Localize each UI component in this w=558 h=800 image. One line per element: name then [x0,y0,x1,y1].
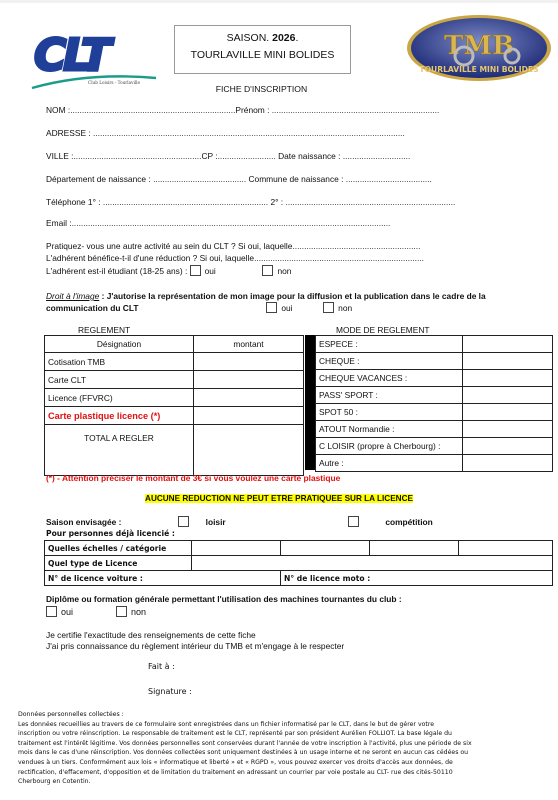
telephone-row: Téléphone 1° : .........................… [46,197,455,207]
montant-cell[interactable] [194,371,304,389]
type-licence-label: Quel type de Licence [45,556,192,571]
licence-table: Quelles échelles / catégorie Quel type d… [44,540,553,586]
mode-value-cell[interactable] [463,421,553,438]
reduction-label: L'adhérent bénéfice-t-il d'une réduction… [46,253,254,263]
echelles-cell[interactable] [370,541,459,556]
date-naissance-field[interactable]: ............................. [343,151,410,161]
svg-text:TOURLAVILLE MINI BOLIDES: TOURLAVILLE MINI BOLIDES [419,65,538,74]
reduction-row: L'adhérent bénéfice-t-il d'une réduction… [46,253,424,263]
aucune-reduction-note: AUCUNE REDUCTION NE PEUT ETRE PRATIQUEE … [145,494,413,503]
mode-reglement-title: MODE DE REGLEMENT [336,325,430,335]
rgpd-line: Cherbourg en Cotentin. [18,777,546,787]
montant-cell[interactable] [194,353,304,371]
autre-activite-label: Pratiquez- vous une autre activité au se… [46,241,292,251]
rgpd-line: Les données recueillies au travers de ce… [18,720,546,730]
page-top-edge [0,0,558,3]
email-row: Email :.................................… [46,218,390,228]
svg-text:CLT: CLT [34,30,114,81]
nom-row: NOM :...................................… [46,105,439,115]
season-suffix: . [295,32,298,44]
season-prefix: SAISON. [227,32,270,44]
diplome-non-label: non [131,607,146,617]
echelles-label: Quelles échelles / catégorie [45,541,192,556]
table-row: CHEQUE : [316,353,553,370]
certification-line-1: Je certifie l'exactitude des renseigneme… [46,630,344,641]
departement-field[interactable]: ........................................ [153,174,246,184]
rgpd-line: mois dans le cas d'une réinscription. Vo… [18,748,546,758]
droit-image-oui-label: oui [281,303,292,313]
certification-line-2: J'ai pris connaissance du règlement inté… [46,641,344,652]
table-row: Quelles échelles / catégorie [45,541,553,556]
commune-label: Commune de naissance : [248,174,343,184]
nom-label: NOM : [46,105,70,115]
telephone2-field[interactable]: ........................................… [285,197,455,207]
licence-moto-field[interactable]: N° de licence moto : [281,571,553,586]
etudiant-oui-label: oui [205,266,216,276]
total-row: TOTAL A REGLER [45,425,304,476]
diplome-options: oui non [46,606,146,617]
mode-value-cell[interactable] [463,438,553,455]
echelles-cell[interactable] [192,541,281,556]
telephone1-field[interactable]: ........................................… [103,197,268,207]
saison-row: Saison envisagée : loisir compétition [46,516,433,527]
email-label: Email : [46,218,72,228]
etudiant-label: L'adhérent est-il étudiant (18-25 ans) : [46,266,187,276]
competition-checkbox[interactable] [348,516,359,527]
designation-header: Désignation [45,336,194,353]
designation-cell: Cotisation TMB [45,353,194,371]
signature-label: Signature : [148,687,192,696]
prenom-label: Prénom : [235,105,269,115]
certification: Je certifie l'exactitude des renseigneme… [46,630,344,652]
montant-header: montant [194,336,304,353]
date-naissance-label: Date naissance : [278,151,340,161]
email-field[interactable]: ........................................… [72,218,391,228]
table-row: N° de licence voiture : N° de licence mo… [45,571,553,586]
carte-plastique-note: (*) - Attention préciser le montant de 3… [46,473,340,483]
adresse-row: ADRESSE : ..............................… [46,128,405,138]
etudiant-oui-checkbox[interactable] [190,265,201,276]
table-row: SPOT 50 : [316,404,553,421]
mode-value-cell[interactable] [463,404,553,421]
droit-image-text: : J'autorise la représentation de mon im… [99,291,485,301]
club-name: TOURLAVILLE MINI BOLIDES [175,49,350,61]
autre-activite-row: Pratiquez- vous une autre activité au se… [46,241,420,251]
reglement-table: Désignation montant Cotisation TMB Carte… [44,335,304,476]
rgpd-line: rectification, d'effacement, d'oppositio… [18,768,546,778]
etudiant-non-checkbox[interactable] [262,265,273,276]
telephone1-label: Téléphone 1° : [46,197,101,207]
fait-a-label: Fait à : [148,662,175,671]
mode-value-cell[interactable] [463,387,553,404]
table-row: ATOUT Normandie : [316,421,553,438]
naissance-row: Département de naissance : .............… [46,174,432,184]
mode-label: ESPECE : [316,336,463,353]
departement-label: Département de naissance : [46,174,151,184]
table-row: CHEQUE VACANCES : [316,370,553,387]
adresse-field[interactable]: ........................................… [93,128,405,138]
droit-image-label: Droit à l'image [46,291,99,301]
table-row: ESPECE : [316,336,553,353]
mode-label: SPOT 50 : [316,404,463,421]
mode-label: C LOISIR (propre à Cherbourg) : [316,438,463,455]
loisir-label: loisir [206,517,346,527]
season-title-box: SAISON. 2026. TOURLAVILLE MINI BOLIDES [174,25,351,74]
table-row: C LOISIR (propre à Cherbourg) : [316,438,553,455]
clt-logo: CLT Club Loisirs - Tourlaville [28,20,160,92]
diplome-non-checkbox[interactable] [116,606,127,617]
droit-image-oui-checkbox[interactable] [266,302,277,313]
designation-cell: Carte CLT [45,371,194,389]
total-label: TOTAL A REGLER [45,425,194,476]
aucune-reduction-row: AUCUNE REDUCTION NE PEUT ETRE PRATIQUEE … [0,493,558,503]
rgpd-title: Données personnelles collectées : [18,710,546,720]
cp-field[interactable]: ......................... [218,151,276,161]
echelles-cell[interactable] [281,541,370,556]
etudiant-non-label: non [277,266,291,276]
rgpd-line: traitement est l'intérêt légitime. Vos d… [18,739,546,749]
rgpd-line: inscription ou votre réinscription. Le r… [18,729,546,739]
etudiant-row: L'adhérent est-il étudiant (18-25 ans) :… [46,265,291,276]
droit-image-text-2: communication du CLT [46,303,264,313]
table-row: PASS' SPORT : [316,387,553,404]
telephone2-label: 2° : [270,197,283,207]
montant-cell[interactable] [194,389,304,407]
mode-value-cell[interactable] [463,370,553,387]
commune-field[interactable]: ..................................... [346,174,432,184]
tmb-logo: TMB TOURLAVILLE MINI BOLIDES [404,12,554,84]
season-line: SAISON. 2026. [175,32,350,44]
table-row: Cotisation TMB [45,353,304,371]
diplome-oui-checkbox[interactable] [46,606,57,617]
diplome-oui-label: oui [61,607,73,617]
form-title: FICHE D'INSCRIPTION [174,84,349,94]
mode-label: CHEQUE VACANCES : [316,370,463,387]
table-row: Carte plastique licence (*) [45,407,304,425]
reglement-title: REGLEMENT [78,325,130,335]
table-row: Carte CLT [45,371,304,389]
designation-cell: Licence (FFVRC) [45,389,194,407]
licencie-title: Pour personnes déjà licencié : [46,529,175,538]
reduction-field[interactable]: ........................................… [254,253,424,263]
season-year: 2026 [272,32,295,44]
competition-label: compétition [385,517,432,527]
mode-reglement-table: ESPECE : CHEQUE : CHEQUE VACANCES : PASS… [315,335,553,472]
rgpd-notice: Données personnelles collectées : Les do… [18,710,546,787]
table-row: Licence (FFVRC) [45,389,304,407]
droit-image-non-checkbox[interactable] [323,302,334,313]
table-row: Autre : [316,455,553,472]
montant-cell[interactable] [194,407,304,425]
table-separator [305,335,315,470]
table-row: Quel type de Licence [45,556,553,571]
droit-image-non-label: non [338,303,352,313]
prenom-field[interactable]: ........................................… [272,105,440,115]
autre-activite-field[interactable]: ........................................… [292,241,420,251]
saison-label: Saison envisagée : [46,517,176,527]
ville-label: VILLE : [46,151,73,161]
mode-label: ATOUT Normandie : [316,421,463,438]
adresse-label: ADRESSE : [46,128,91,138]
ville-row: VILLE :.................................… [46,151,410,161]
cp-label: CP : [201,151,217,161]
nom-field[interactable]: ........................................… [70,105,235,115]
mode-value-cell[interactable] [463,336,553,353]
echelles-cell[interactable] [459,541,553,556]
mode-label: CHEQUE : [316,353,463,370]
licence-voiture-field[interactable]: N° de licence voiture : [45,571,281,586]
svg-text:Club Loisirs - Tourlaville: Club Loisirs - Tourlaville [88,80,141,85]
ville-field[interactable]: ........................................… [73,151,201,161]
rgpd-line: vendues à un tiers. Conformément aux loi… [18,758,546,768]
mode-label: PASS' SPORT : [316,387,463,404]
mode-value-cell[interactable] [463,353,553,370]
designation-cell-carte-plastique: Carte plastique licence (*) [45,407,194,425]
droit-image-row: Droit à l'image : J'autorise la représen… [46,291,486,301]
diplome-label: Diplôme ou formation générale permettant… [46,594,402,604]
total-amount-cell[interactable] [194,425,304,476]
mode-value-cell[interactable] [463,455,553,472]
type-licence-cell[interactable] [192,556,553,571]
loisir-checkbox[interactable] [178,516,189,527]
droit-image-row-2: communication du CLT oui non [46,302,352,313]
mode-label: Autre : [316,455,463,472]
